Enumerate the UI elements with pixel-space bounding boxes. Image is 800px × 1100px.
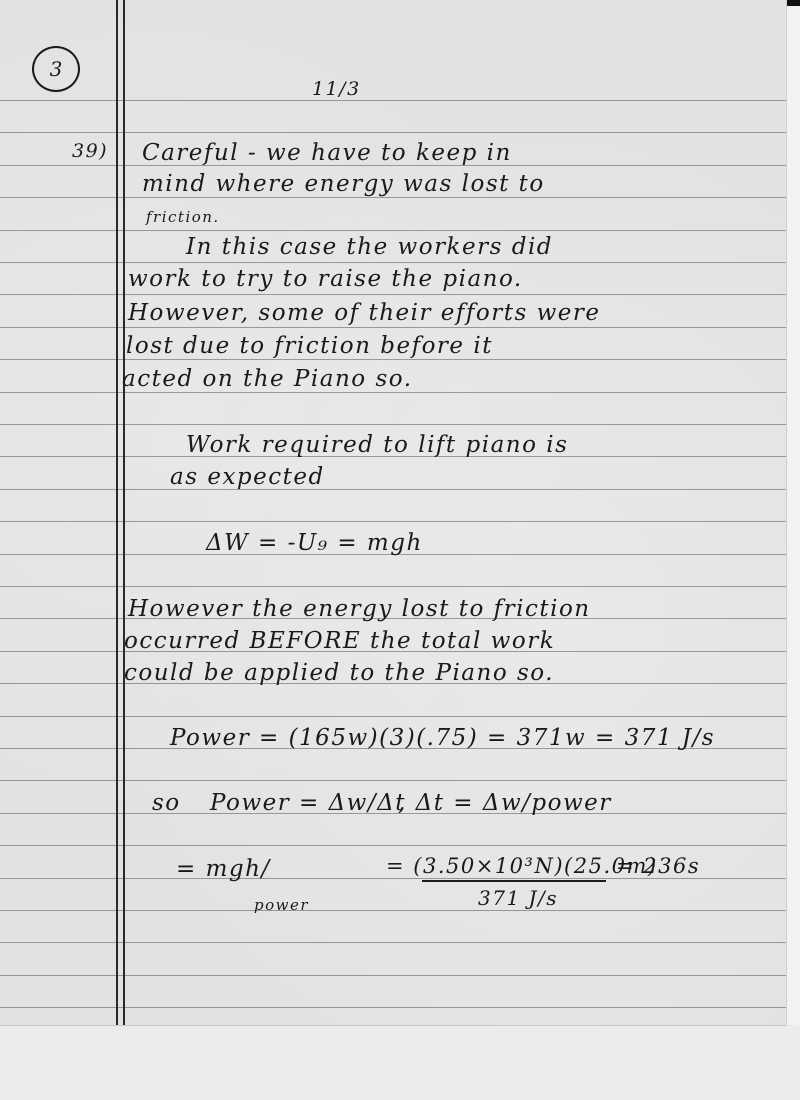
- text-line: In this case the workers did: [186, 236, 553, 259]
- page-number: 3: [50, 57, 63, 81]
- fraction-bar: [422, 880, 606, 882]
- equation-final-lhs: = mgh/: [176, 858, 271, 881]
- text-line: could be applied to the Piano so.: [124, 662, 554, 685]
- text-line: Careful - we have to keep in: [142, 142, 512, 165]
- equation-final-denominator: 371 J/s: [478, 888, 558, 908]
- equation-final-lhs-denominator: power: [254, 898, 309, 913]
- date: 11/3: [312, 80, 361, 99]
- scan-margin: [787, 6, 800, 1025]
- text-line: as expected: [170, 466, 325, 489]
- text-so: so: [152, 792, 181, 815]
- equation-power: Power = (165w)(3)(.75) = 371w = 371 J/s: [170, 727, 715, 750]
- margin-line-right: [123, 0, 125, 1025]
- text-line: acted on the Piano so.: [122, 368, 413, 391]
- text-line: mind where energy was lost to: [142, 173, 545, 196]
- text-line: However, some of their efforts were: [128, 302, 601, 325]
- text-line: work to try to raise the piano.: [128, 268, 523, 291]
- equation-power-def: Power = Δw/Δt: [210, 792, 406, 815]
- text-line: However the energy lost to friction: [128, 598, 591, 621]
- equation-delta-t: , Δt = Δw/power: [398, 792, 612, 815]
- text-line: lost due to friction before it: [126, 335, 493, 358]
- equation-final-result: = 236s: [616, 856, 700, 877]
- page-number-circle: 3: [32, 46, 80, 92]
- problem-number: 39): [72, 142, 108, 161]
- text-line: Work required to lift piano is: [186, 434, 568, 457]
- text-line: friction.: [146, 210, 220, 225]
- text-line: occurred BEFORE the total work: [124, 630, 555, 653]
- margin-line-left: [116, 0, 118, 1025]
- equation-work: ΔW = -U₉ = mgh: [206, 532, 423, 555]
